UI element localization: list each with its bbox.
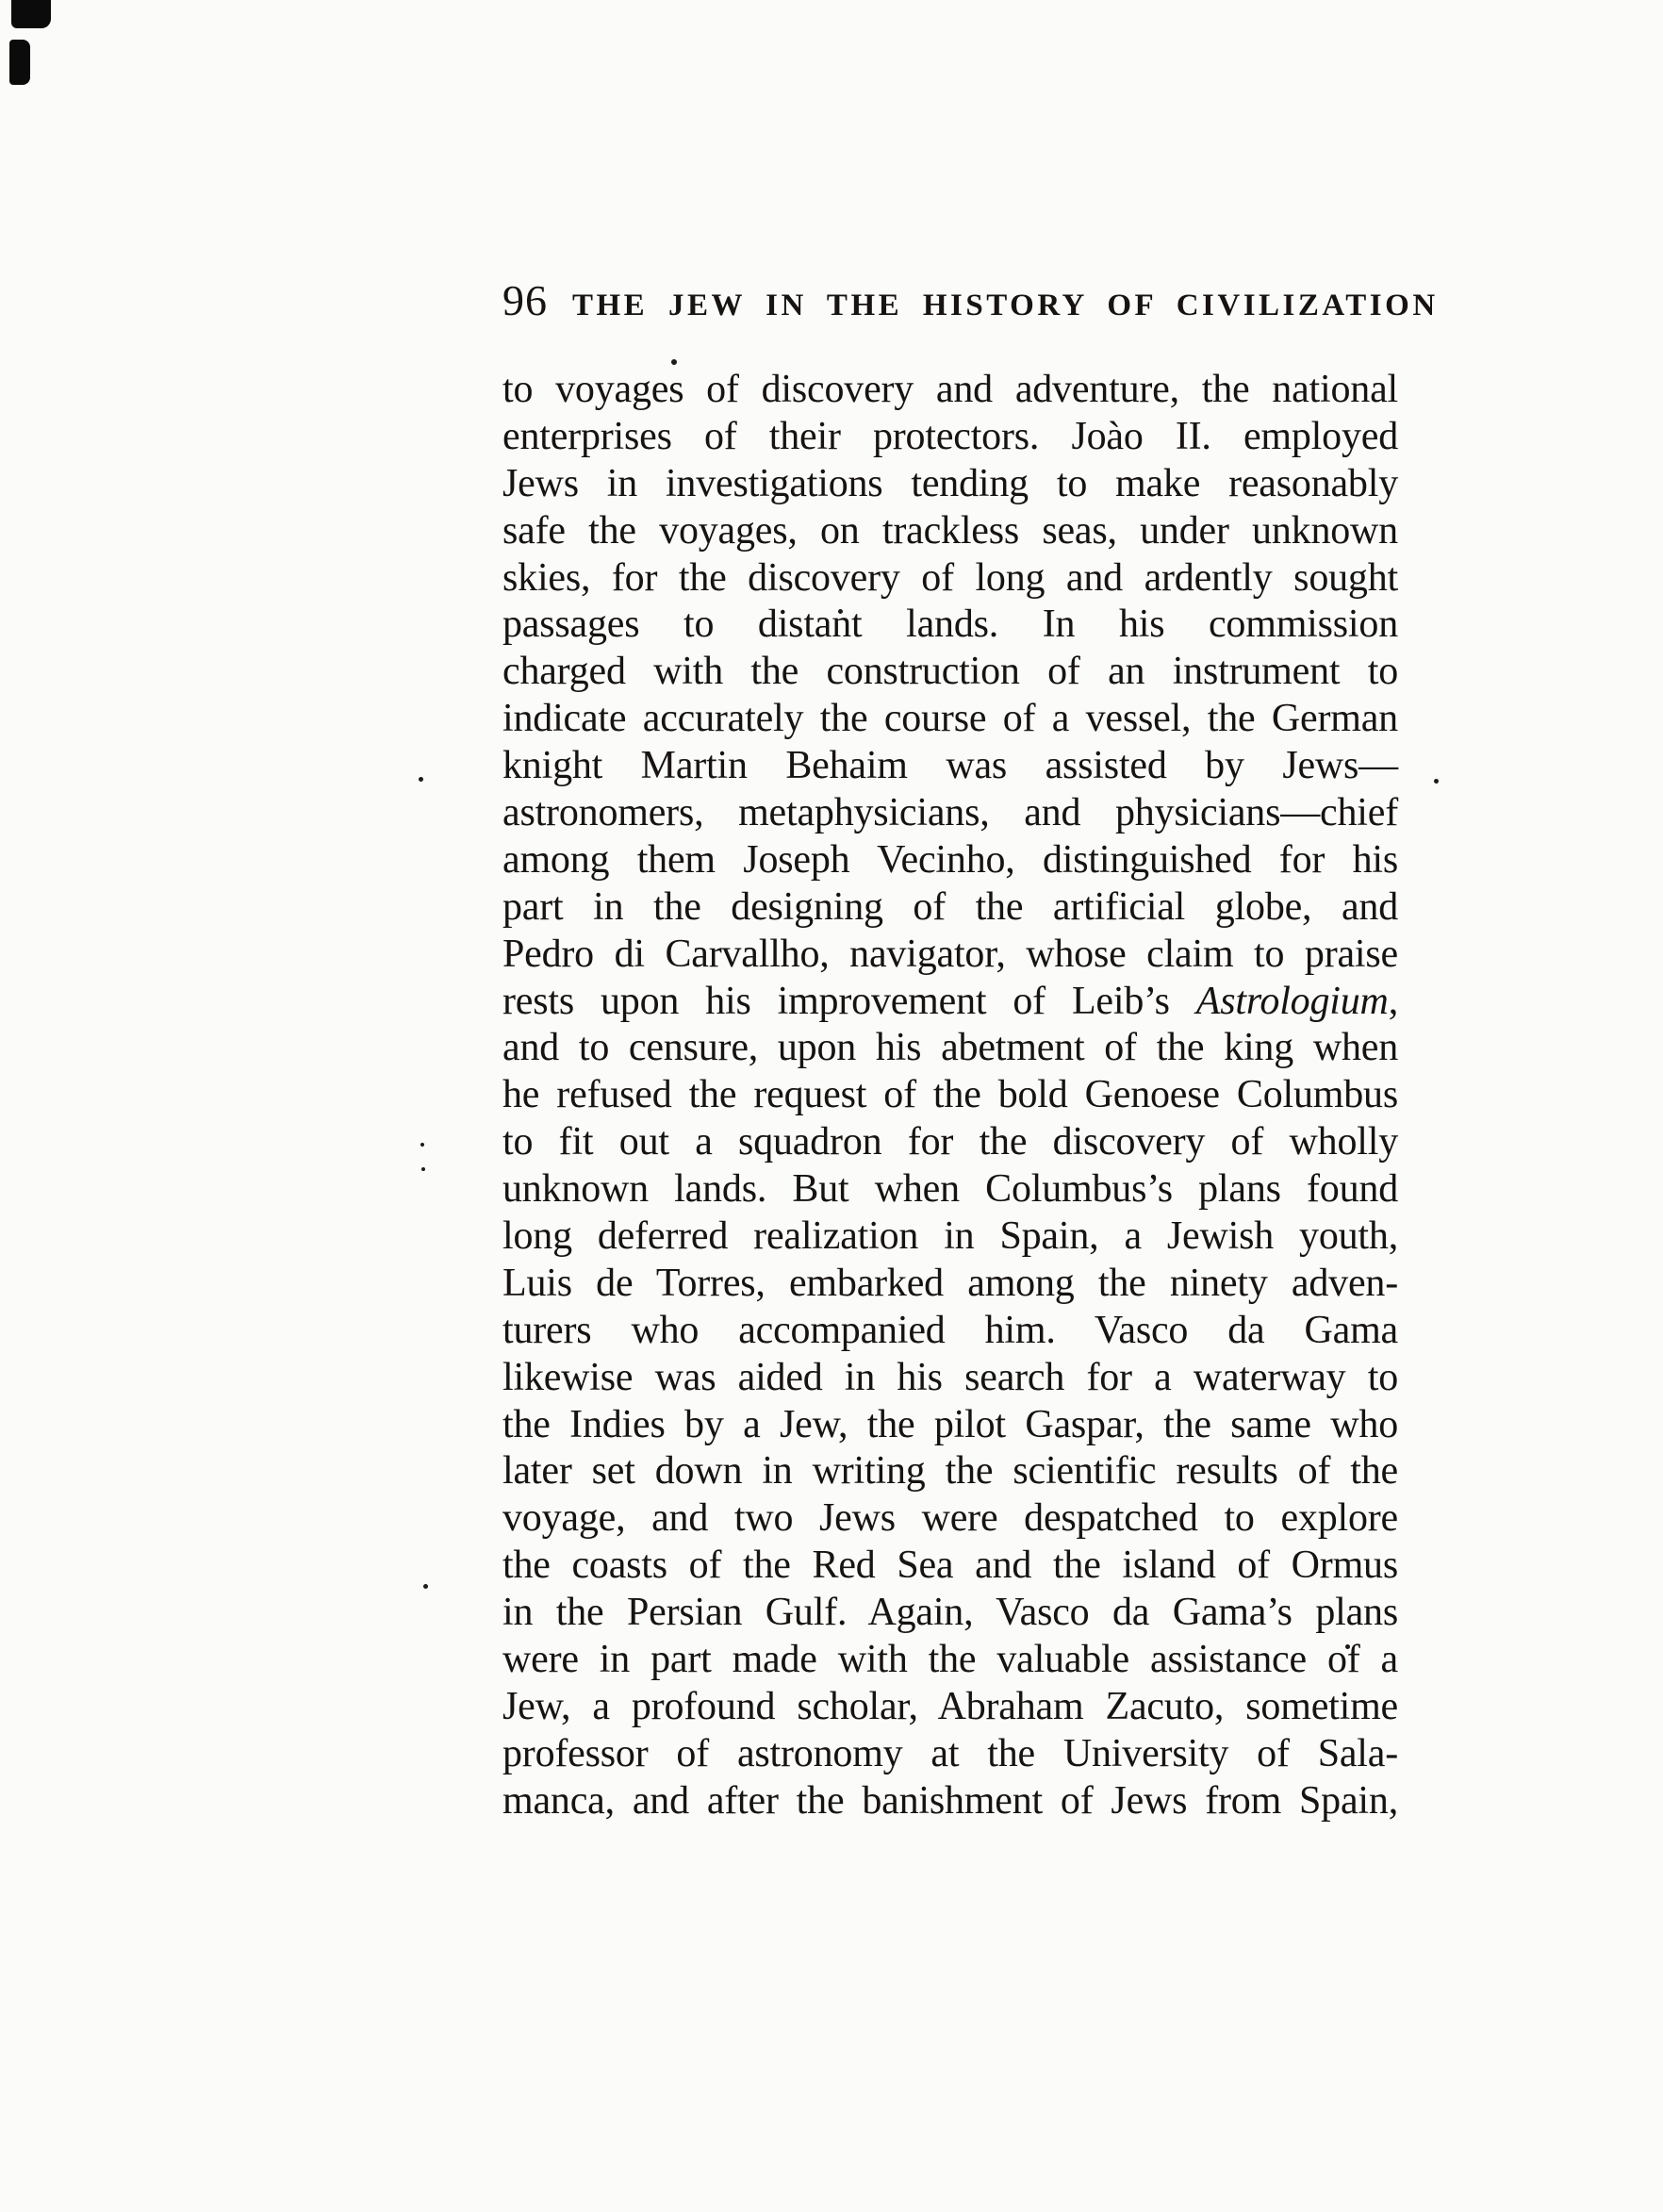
ink-speck [420, 1143, 424, 1147]
text-line: in the Persian Gulf. Again, Vasco da Gam… [502, 1590, 1398, 1637]
text-line: he refused the request of the bold Genoe… [502, 1072, 1398, 1119]
text-line: Pedro di Carvallho, navigator, whose cla… [502, 932, 1398, 979]
text-line: manca, and after the banishment of Jews … [502, 1778, 1398, 1825]
page-number: 96 [502, 279, 548, 322]
ink-speck [1434, 779, 1439, 784]
text-line: safe the voyages, on trackless seas, und… [502, 508, 1398, 555]
text-line: to voyages of discovery and adventure, t… [502, 367, 1398, 414]
text-line: charged with the construction of an inst… [502, 649, 1398, 696]
text-line: knight Martin Behaim was assisted by Jew… [502, 743, 1398, 790]
scan-artifact-bar [9, 40, 30, 85]
text-line: Jews in investigations tending to make r… [502, 461, 1398, 508]
chapter-title: THE JEW IN THE HISTORY OF CIVILIZATION [572, 290, 1439, 322]
text-line: Jew, a profound scholar, Abraham Zacuto,… [502, 1684, 1398, 1731]
text-line: the Indies by a Jew, the pilot Gaspar, t… [502, 1402, 1398, 1449]
text-line: among them Joseph Vecinho, distinguished… [502, 837, 1398, 884]
text-line: the coasts of the Red Sea and the island… [502, 1543, 1398, 1590]
running-head: 96 THE JEW IN THE HISTORY OF CIVILIZATIO… [502, 279, 1439, 322]
text-line: long deferred realization in Spain, a Je… [502, 1213, 1398, 1261]
text-line: unknown lands. But when Columbus’s plans… [502, 1166, 1398, 1213]
ink-speck [671, 359, 677, 365]
text-line: likewise was aided in his search for a w… [502, 1355, 1398, 1402]
text-line: professor of astronomy at the University… [502, 1731, 1398, 1778]
text-line: later set down in writing the scientific… [502, 1448, 1398, 1495]
text-line: Luis de Torres, embarked among the ninet… [502, 1261, 1398, 1308]
text-line: skies, for the discovery of long and ard… [502, 555, 1398, 603]
text-line: to fit out a squadron for the discovery … [502, 1119, 1398, 1166]
text-line: voyage, and two Jews were despatched to … [502, 1495, 1398, 1543]
text-line: indicate accurately the course of a vess… [502, 696, 1398, 743]
scanned-book-page: 96 THE JEW IN THE HISTORY OF CIVILIZATIO… [0, 0, 1663, 2212]
text-line: astronomers, metaphysicians, and physici… [502, 790, 1398, 837]
text-line: turers who accompanied him. Vasco da Gam… [502, 1308, 1398, 1355]
text-line: passages to distant lands. In his commis… [502, 602, 1398, 649]
text-line: enterprises of their protectors. Joào II… [502, 414, 1398, 461]
text-line: part in the designing of the artificial … [502, 884, 1398, 932]
ink-speck [421, 1167, 425, 1171]
text-line: and to censure, upon his abetment of the… [502, 1025, 1398, 1072]
text-line: were in part made with the valuable assi… [502, 1637, 1398, 1684]
ink-speck [419, 777, 423, 782]
ink-speck [423, 1584, 428, 1589]
body-text: to voyages of discovery and adventure, t… [502, 367, 1398, 1825]
text-line: rests upon his improvement of Leib’s Ast… [502, 979, 1398, 1026]
scan-artifact-corner [11, 0, 51, 28]
